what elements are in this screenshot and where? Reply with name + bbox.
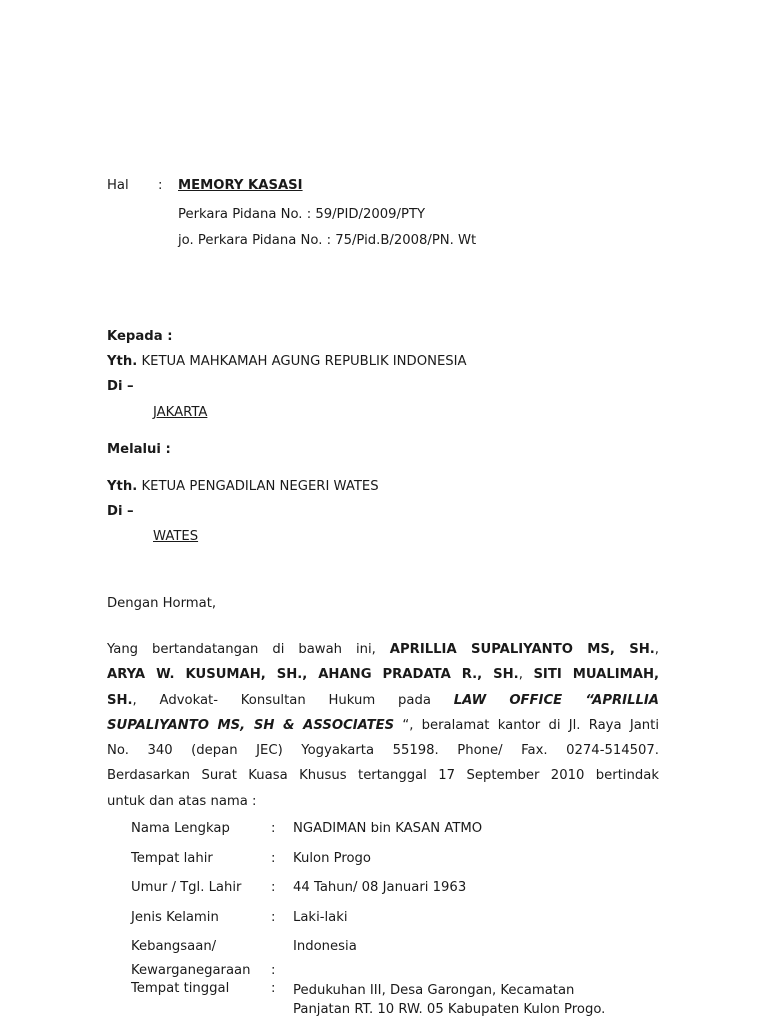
body-text-run: SH. <box>107 693 133 708</box>
body-line: SH., Advokat- Konsultan Hukum pada LAW O… <box>107 688 659 713</box>
identity-row: Tempat lahir:Kulon Progo <box>131 851 651 881</box>
body-line: SUPALIYANTO MS, SH & ASSOCIATES “, beral… <box>107 713 659 738</box>
identity-label: Tempat tinggal <box>131 981 229 996</box>
body-line: Yang bertandatangan di bawah ini, APRILL… <box>107 637 659 662</box>
body-line: ARYA W. KUSUMAH, SH., AHANG PRADATA R., … <box>107 662 659 687</box>
body-text-run: Yang bertandatangan di bawah ini, <box>107 642 390 657</box>
identity-colon: : <box>271 910 275 925</box>
identity-value: NGADIMAN bin KASAN ATMO <box>293 821 482 836</box>
identity-value: 44 Tahun/ 08 Januari 1963 <box>293 880 466 895</box>
identity-colon: : <box>271 821 275 836</box>
to-label: Kepada : <box>107 329 172 344</box>
subject-label: Hal <box>107 178 129 193</box>
body-text-run: untuk dan atas nama : <box>107 794 256 809</box>
body-text-run: APRILLIA SUPALIYANTO MS, SH. <box>390 642 655 657</box>
body-line: No. 340 (depan JEC) Yogyakarta 55198. Ph… <box>107 738 659 763</box>
identity-colon: : <box>271 981 275 996</box>
case-reference-1: Perkara Pidana No. : 59/PID/2009/PTY <box>178 207 425 222</box>
identity-value-line: Pedukuhan III, Desa Garongan, Kecamatan <box>293 981 605 1000</box>
recipient-prefix: Yth. <box>107 354 137 369</box>
body-text-run: LAW OFFICE “APRILLIA <box>454 693 659 708</box>
identity-value: Laki-laki <box>293 910 348 925</box>
body-text-run: , <box>655 642 659 657</box>
body-text-run: SITI MUALIMAH, <box>533 667 659 682</box>
body-text-run: Berdasarkan Surat Kuasa Khusus tertangga… <box>107 768 659 783</box>
document-page: Hal : MEMORY KASASI Perkara Pidana No. :… <box>0 0 768 1024</box>
recipient-addressee: Yth. KETUA MAHKAMAH AGUNG REPUBLIK INDON… <box>107 354 467 369</box>
identity-colon: : <box>271 963 275 978</box>
identity-table: Nama Lengkap:NGADIMAN bin KASAN ATMOTemp… <box>131 821 651 1011</box>
via-at-label: Di – <box>107 504 134 519</box>
identity-row: Jenis Kelamin:Laki-laki <box>131 910 651 940</box>
body-text-run: , Advokat- Konsultan Hukum pada <box>133 693 454 708</box>
identity-label: Nama Lengkap <box>131 821 230 836</box>
via-prefix: Yth. <box>107 479 137 494</box>
via-label: Melalui : <box>107 442 171 457</box>
recipient-name: KETUA MAHKAMAH AGUNG REPUBLIK INDONESIA <box>141 354 466 369</box>
case-reference-2: jo. Perkara Pidana No. : 75/Pid.B/2008/P… <box>178 233 476 248</box>
identity-colon: : <box>271 851 275 866</box>
body-text-run: , <box>519 667 534 682</box>
identity-row: Kebangsaan/Indonesia <box>131 939 651 963</box>
via-addressee: Yth. KETUA PENGADILAN NEGERI WATES <box>107 479 379 494</box>
recipient-city: JAKARTA <box>153 405 207 420</box>
body-line: Berdasarkan Surat Kuasa Khusus tertangga… <box>107 763 659 788</box>
identity-row: Nama Lengkap:NGADIMAN bin KASAN ATMO <box>131 821 651 851</box>
via-city: WATES <box>153 529 198 544</box>
identity-row: Tempat tinggal:Pedukuhan III, Desa Garon… <box>131 981 651 1011</box>
body-paragraph: Yang bertandatangan di bawah ini, APRILL… <box>107 637 659 814</box>
identity-label: Kewarganegaraan <box>131 963 250 978</box>
subject-title: MEMORY KASASI <box>178 178 303 193</box>
body-text-run: ARYA W. KUSUMAH, SH., AHANG PRADATA R., … <box>107 667 519 682</box>
identity-label: Jenis Kelamin <box>131 910 219 925</box>
identity-label: Tempat lahir <box>131 851 213 866</box>
identity-row: Kewarganegaraan: <box>131 963 651 981</box>
salutation: Dengan Hormat, <box>107 596 216 611</box>
subject-colon: : <box>158 178 162 193</box>
identity-label: Kebangsaan/ <box>131 939 216 954</box>
identity-value: Pedukuhan III, Desa Garongan, KecamatanP… <box>293 981 605 1019</box>
recipient-at-label: Di – <box>107 379 134 394</box>
identity-row: Umur / Tgl. Lahir:44 Tahun/ 08 Januari 1… <box>131 880 651 910</box>
body-text-run: “, beralamat kantor di Jl. Raya Janti <box>394 718 659 733</box>
body-text-run: No. 340 (depan JEC) Yogyakarta 55198. Ph… <box>107 743 659 758</box>
body-line: untuk dan atas nama : <box>107 789 659 814</box>
identity-value: Kulon Progo <box>293 851 371 866</box>
identity-colon: : <box>271 880 275 895</box>
identity-value: Indonesia <box>293 939 357 954</box>
identity-label: Umur / Tgl. Lahir <box>131 880 241 895</box>
via-name: KETUA PENGADILAN NEGERI WATES <box>141 479 378 494</box>
body-text-run: SUPALIYANTO MS, SH & ASSOCIATES <box>107 718 394 733</box>
identity-value-line: Panjatan RT. 10 RW. 05 Kabupaten Kulon P… <box>293 1000 605 1019</box>
